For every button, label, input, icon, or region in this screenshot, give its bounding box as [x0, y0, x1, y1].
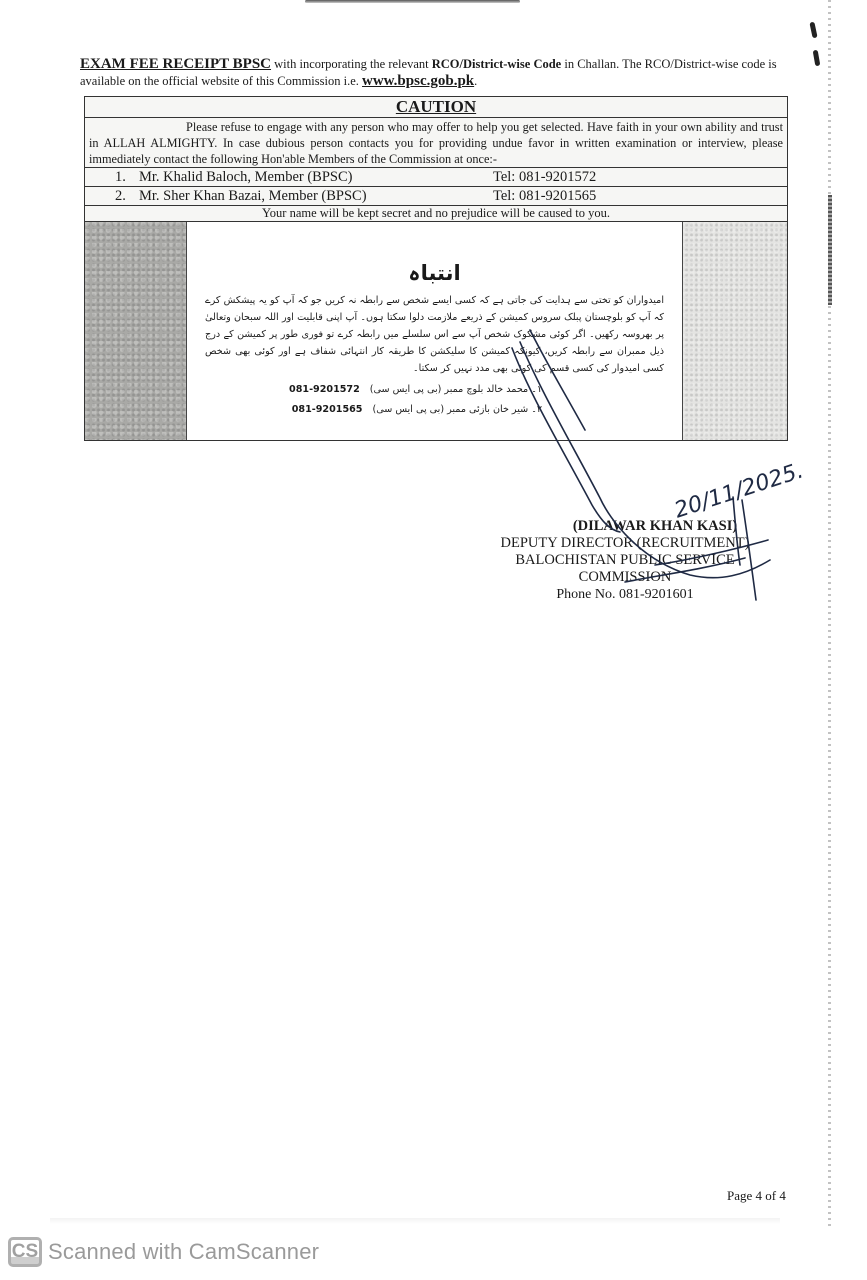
member-name: Mr. Khalid Baloch, Member (BPSC)	[139, 168, 493, 186]
urdu-contact-row: ۱۔ محمد خالد بلوچ ممبر (بی پی ایس سی)081…	[187, 380, 542, 400]
camscanner-watermark: CS Scanned with CamScanner	[8, 1237, 319, 1267]
member-tel: Tel: 081-9201572	[493, 168, 596, 186]
urdu-contact-row: ۲۔ شیر خان بازئی ممبر (بی پی ایس سی)081-…	[187, 400, 542, 420]
member-number: 1.	[115, 168, 139, 186]
confidentiality-note: Your name will be kept secret and no pre…	[85, 206, 787, 222]
pen-mark	[813, 50, 821, 67]
intro-end: .	[474, 74, 477, 88]
member-row: 1. Mr. Khalid Baloch, Member (BPSC) Tel:…	[85, 168, 787, 187]
signatory-name: (DILAWAR KHAN KASI)	[480, 518, 770, 535]
member-tel: Tel: 081-9201565	[493, 187, 596, 205]
caution-body-text: Please refuse to engage with any person …	[89, 120, 783, 166]
signature-block: (DILAWAR KHAN KASI) DEPUTY DIRECTOR (REC…	[480, 518, 770, 603]
urdu-contact-tel: 081-9201565	[292, 404, 363, 415]
page-number: Page 4 of 4	[727, 1188, 786, 1204]
intro-paragraph: EXAM FEE RECEIPT BPSC with incorporating…	[80, 56, 795, 90]
signatory-designation: DEPUTY DIRECTOR (RECRUITMENT)	[480, 535, 770, 552]
urdu-notice-title: انتباہ	[187, 260, 682, 286]
organization-line: COMMISSION	[480, 569, 770, 586]
intro-text: with incorporating the relevant	[271, 57, 432, 71]
urdu-notice-panel: انتباہ امیدواران کو تختی سے ہدایت کی جات…	[85, 222, 787, 440]
camscanner-text: Scanned with CamScanner	[48, 1239, 319, 1265]
member-row: 2. Mr. Sher Khan Bazai, Member (BPSC) Te…	[85, 187, 787, 206]
urdu-contact-label: ۲۔ شیر خان بازئی ممبر (بی پی ایس سی)	[373, 404, 543, 415]
organization-line: BALOCHISTAN PUBLIC SERVICE	[480, 552, 770, 569]
urdu-notice-body: امیدواران کو تختی سے ہدایت کی جاتی ہے کہ…	[187, 286, 682, 377]
caution-box: CAUTION Please refuse to engage with any…	[84, 96, 788, 441]
member-name: Mr. Sher Khan Bazai, Member (BPSC)	[139, 187, 493, 205]
signatory-phone: Phone No. 081-9201601	[480, 586, 770, 603]
scan-right-edge	[828, 0, 831, 1230]
camscanner-logo-icon: CS	[8, 1237, 42, 1267]
urdu-contact-label: ۱۔ محمد خالد بلوچ ممبر (بی پی ایس سی)	[370, 384, 542, 395]
caution-title-text: CAUTION	[396, 97, 476, 116]
rco-code-label: RCO/District-wise Code	[432, 57, 562, 71]
pen-mark	[809, 22, 817, 39]
caution-title: CAUTION	[85, 97, 787, 118]
urdu-contacts: ۱۔ محمد خالد بلوچ ممبر (بی پی ایس سی)081…	[187, 380, 682, 420]
urdu-contact-tel: 081-9201572	[289, 384, 360, 395]
scan-shadow	[50, 1218, 780, 1224]
member-number: 2.	[115, 187, 139, 205]
caution-body: Please refuse to engage with any person …	[85, 118, 787, 168]
exam-fee-heading: EXAM FEE RECEIPT BPSC	[80, 56, 271, 72]
urdu-notice: انتباہ امیدواران کو تختی سے ہدایت کی جات…	[187, 222, 682, 440]
scan-gray-margin	[682, 222, 787, 440]
scan-edge-shadow	[305, 0, 520, 3]
scan-right-edge-binding	[828, 195, 832, 305]
website-link[interactable]: www.bpsc.gob.pk	[362, 73, 474, 89]
scan-gray-margin	[85, 222, 187, 440]
handwritten-date: 20/11/2025.	[672, 458, 807, 523]
